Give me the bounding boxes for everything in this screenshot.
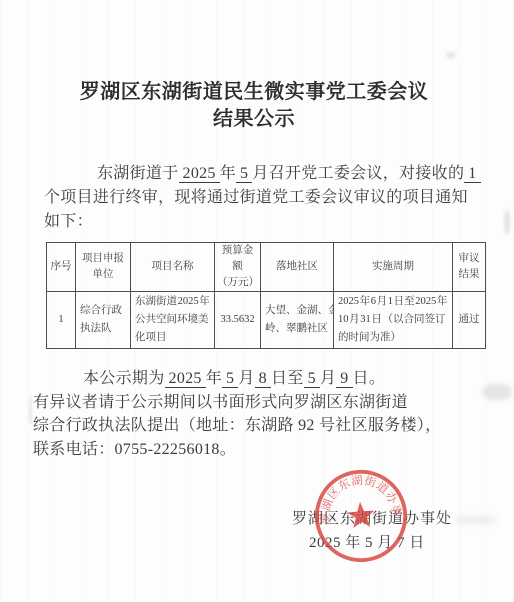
public-notice-document: 罗湖区东湖街道民生微实事党工委会议 结果公示 东湖街道于2025年5月召开党工委… [0, 0, 514, 602]
table-row: 1 综合行政 执法队 东湖街道 2025 年 公共空间环境美 化项目 33.56… [47, 292, 486, 349]
header-period: 实施周期 [334, 243, 453, 292]
notice-text-1: 本公示期为 [83, 370, 165, 387]
cell-community: 大望、金湖、金 岭、翠鹏社区 [261, 292, 334, 349]
header-review-result: 审议 结果 [453, 243, 486, 292]
intro-line-2: 个项目进行终审，现将通过街道党工委会议审议的项目通知 [44, 186, 481, 210]
page-title: 罗湖区东湖街道民生微实事党工委会议 结果公示 [0, 79, 508, 133]
scan-artifact [482, 384, 512, 400]
underlined-month: 5 [236, 165, 252, 183]
intro-line-3: 如下： [44, 210, 481, 234]
scan-artifact [455, 515, 497, 525]
notice-text-3: 月 [238, 370, 254, 387]
notice-text-5: 月 [320, 370, 336, 387]
scan-artifact [446, 52, 456, 58]
cell-budget: 33.5632 [215, 292, 261, 349]
intro-paragraph: 东湖街道于2025年5月召开党工委会议，对接收的1 个项目进行终审，现将通过街道… [44, 162, 481, 234]
title-line-1: 罗湖区东湖街道民生微实事党工委会议 [0, 79, 508, 106]
cell-seq: 1 [47, 292, 76, 349]
notice-line-4: 联系电话：0755-22256018。 [33, 438, 441, 462]
cell-project-name: 东湖街道 2025 年 公共空间环境美 化项目 [131, 292, 215, 349]
intro-text-3: 月召开党工委会议，对接收的 [252, 165, 464, 182]
cell-applicant-unit: 综合行政 执法队 [76, 292, 131, 349]
underlined-year: 2025 [179, 165, 220, 183]
header-applicant-unit: 项目申报 单位 [76, 243, 131, 292]
underlined-year: 2025 [165, 370, 206, 388]
header-budget: 预算金额 （万元） [215, 243, 261, 292]
signature-date: 2025 年 5 月 7 日 [309, 531, 425, 552]
cell-review-result: 通过 [453, 292, 486, 349]
intro-text-1: 东湖街道于 [97, 165, 179, 182]
notice-line-2: 有异议者请于公示期间以书面形式向罗湖区东湖街道 [33, 391, 441, 415]
notice-text-6: 日。 [353, 370, 386, 387]
intro-line-1: 东湖街道于2025年5月召开党工委会议，对接收的1 [44, 162, 481, 186]
header-community: 落地社区 [261, 243, 334, 292]
notice-text-4: 日至 [271, 370, 304, 387]
notice-line-3: 综合行政执法队提出（地址：东湖路 92 号社区服务楼）， [33, 414, 441, 438]
signature-org: 罗湖区东湖街道办事处 [292, 507, 452, 528]
table-header-row: 序号 项目申报 单位 项目名称 预算金额 （万元） 落地社区 实施周期 审议 结… [47, 243, 486, 292]
underlined-count: 1 [464, 165, 480, 183]
notice-paragraphs: 本公示期为2025年5月8日至5月9日。 有异议者请于公示期间以书面形式向罗湖区… [33, 367, 441, 461]
title-line-2: 结果公示 [0, 106, 508, 133]
scan-artifact [29, 395, 32, 425]
underlined-month-2: 5 [304, 370, 320, 388]
notice-text-2: 年 [206, 370, 222, 387]
intro-text-2: 年 [220, 165, 236, 182]
header-seq: 序号 [47, 243, 76, 292]
projects-table: 序号 项目申报 单位 项目名称 预算金额 （万元） 落地社区 实施周期 审议 结… [46, 242, 486, 349]
underlined-day-2: 9 [336, 370, 352, 388]
cell-period: 2025 年 6 月 1 日至 2025 年 10 月 31 日 （以合同签订 … [334, 292, 453, 349]
underlined-day: 8 [255, 370, 271, 388]
notice-line-1: 本公示期为2025年5月8日至5月9日。 [33, 367, 441, 391]
scan-artifact [504, 210, 510, 234]
underlined-month: 5 [222, 370, 238, 388]
header-project-name: 项目名称 [131, 243, 215, 292]
